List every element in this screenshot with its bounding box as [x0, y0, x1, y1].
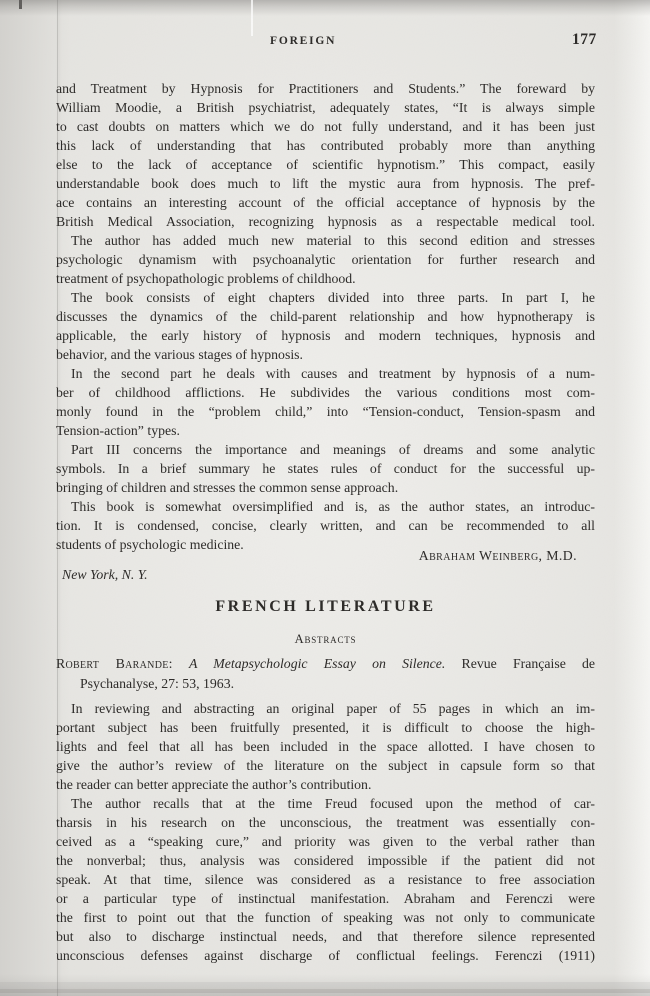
text-line: In the second part he deals with causes …: [56, 364, 595, 383]
paragraph: The author recalls that at the time Freu…: [56, 794, 595, 965]
paragraph: In the second part he deals with causes …: [56, 364, 595, 440]
abstract-body: In reviewing and abstracting an original…: [56, 699, 595, 965]
citation-source: Revue Française de: [462, 656, 595, 671]
text-line: symbols. In a brief summary he states ru…: [56, 459, 595, 478]
paragraph: The book consists of eight chapters divi…: [56, 288, 595, 364]
text-line: lights and feel that all has been includ…: [56, 737, 595, 756]
text-line: The author recalls that at the time Freu…: [56, 794, 595, 813]
text-line: This book is somewhat oversimplified and…: [56, 497, 595, 516]
scanned-journal-page: FOREIGN 177 and Treatment by Hypnosis fo…: [0, 0, 650, 996]
scan-bottom-edge: [0, 989, 650, 993]
text-line: psychologic dynamism with psychoanalytic…: [56, 250, 595, 269]
citation-author: Robert Barande:: [56, 656, 173, 671]
text-line: ace contains an interesting account of t…: [56, 193, 595, 212]
text-line: The author has added much new material t…: [56, 231, 595, 250]
citation-work-title: A Metapsychologic Essay on Silence.: [189, 656, 445, 671]
section-title: FRENCH LITERATURE: [56, 598, 595, 616]
section-subtitle: Abstracts: [56, 633, 595, 646]
text-line: this lack of understanding that has cont…: [56, 136, 595, 155]
text-line: Part III concerns the importance and mea…: [56, 440, 595, 459]
book-review-body: and Treatment by Hypnosis for Practition…: [56, 79, 595, 554]
text-line: applicable, the early history of hypnosi…: [56, 326, 595, 345]
scan-artifact-line: [251, 0, 253, 36]
page-content: and Treatment by Hypnosis for Practition…: [56, 79, 595, 965]
text-line: the nonverbal; thus, analysis was consid…: [56, 851, 595, 870]
text-line: The book consists of eight chapters divi…: [56, 288, 595, 307]
reviewer-location: New York, N. Y.: [56, 565, 595, 584]
text-line: tharsis in his research on the unconscio…: [56, 813, 595, 832]
text-line: to cast doubts on matters which we do no…: [56, 117, 595, 136]
text-line: British Medical Association, recognizing…: [56, 212, 595, 231]
page-number: 177: [572, 31, 597, 49]
text-line: give the author’s review of the literatu…: [56, 756, 595, 775]
paragraph: The author has added much new material t…: [56, 231, 595, 288]
scan-artifact-tick: [19, 0, 22, 9]
paragraph: In reviewing and abstracting an original…: [56, 699, 595, 794]
text-line: ber of childhood afflictions. He subdivi…: [56, 383, 595, 402]
citation: Robert Barande: A Metapsychologic Essay …: [56, 654, 595, 694]
text-line: and Treatment by Hypnosis for Practition…: [56, 79, 595, 98]
paragraph: and Treatment by Hypnosis for Practition…: [56, 79, 595, 231]
text-line: the reader can better appreciate the aut…: [56, 775, 595, 794]
text-line: understandable book does much to lift th…: [56, 174, 595, 193]
text-line: but also to discharge instinctual needs,…: [56, 927, 595, 946]
text-line: tion. It is condensed, concise, clearly …: [56, 516, 595, 535]
text-line: behavior, and the various stages of hypn…: [56, 345, 595, 364]
text-line: unconscious defenses against discharge o…: [56, 946, 595, 965]
paragraph: Part III concerns the importance and mea…: [56, 440, 595, 497]
text-line: the first to point out that the function…: [56, 908, 595, 927]
citation-line-2: Psychanalyse, 27: 53, 1963.: [56, 674, 595, 694]
text-line: discusses the dynamics of the child-pare…: [56, 307, 595, 326]
text-line: monly found in the “problem child,” into…: [56, 402, 595, 421]
text-line: or a particular type of instinctual mani…: [56, 889, 595, 908]
text-line: bringing of children and stresses the co…: [56, 478, 595, 497]
text-line: William Moodie, a British psychiatrist, …: [56, 98, 595, 117]
text-line: portant subject has been fruitfully pres…: [56, 718, 595, 737]
text-line: else to the lack of acceptance of scient…: [56, 155, 595, 174]
citation-line-1: Robert Barande: A Metapsychologic Essay …: [56, 654, 595, 674]
text-line: Tension-action” types.: [56, 421, 595, 440]
text-line: ceived as a “speaking cure,” and priorit…: [56, 832, 595, 851]
text-line: treatment of psychopathologic problems o…: [56, 269, 595, 288]
running-head: FOREIGN: [270, 35, 336, 47]
text-line: In reviewing and abstracting an original…: [56, 699, 595, 718]
text-line: speak. At that time, silence was conside…: [56, 870, 595, 889]
